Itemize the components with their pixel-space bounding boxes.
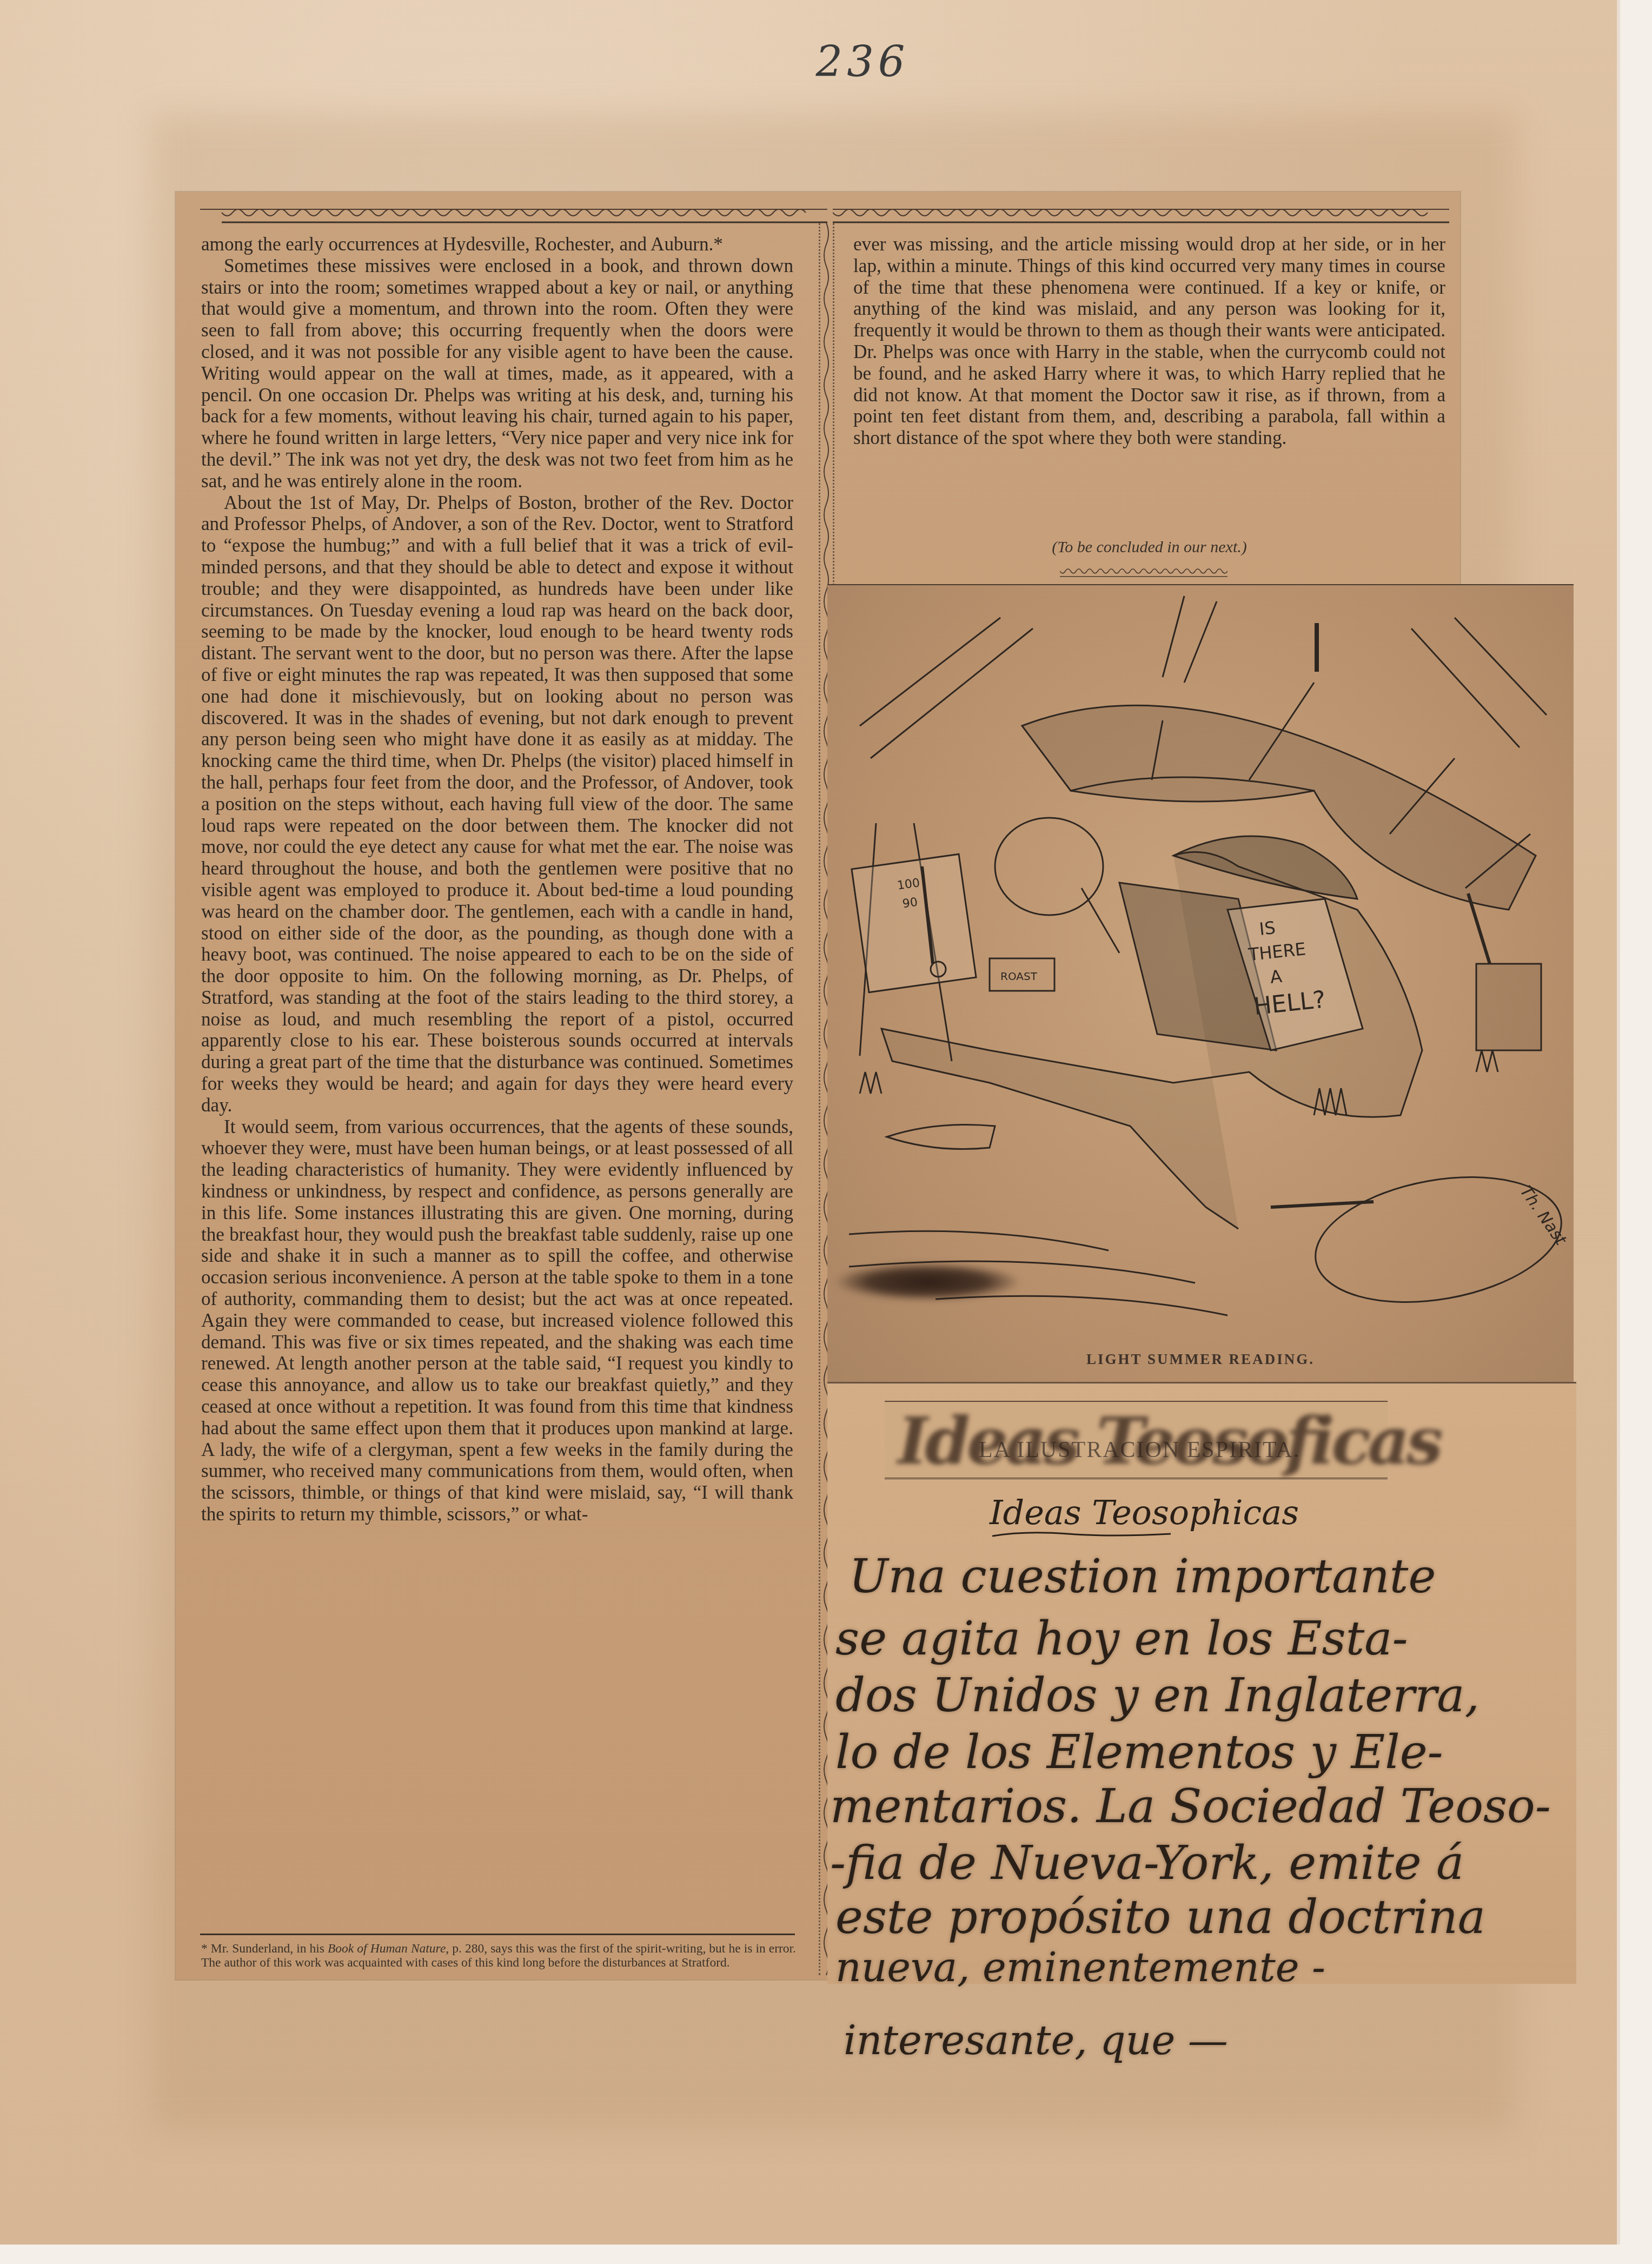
ink-blot xyxy=(835,1263,1019,1301)
manuscript-line: este propósito una doctrina xyxy=(835,1890,1485,1944)
manuscript-line: nueva, eminentemente - xyxy=(835,1944,1325,1991)
manuscript-subtitle: Ideas Teosophicas xyxy=(990,1493,1299,1532)
paragraph: It would seem, from various occurrences,… xyxy=(201,1116,793,1525)
book-cover-line-1: IS xyxy=(1258,917,1277,939)
illustration-caption: LIGHT SUMMER READING. xyxy=(827,1351,1574,1368)
manuscript-line: lo de los Elementos y Ele- xyxy=(835,1725,1443,1779)
continued-note: (To be concluded in our next.) xyxy=(853,538,1445,557)
article-column-left: among the early occurrences at Hydesvill… xyxy=(201,234,793,1525)
thermometer-label-90: 90 xyxy=(901,896,918,911)
footnote-prefix: * Mr. Sunderland, in his xyxy=(201,1942,328,1956)
footnote: * Mr. Sunderland, in his Book of Human N… xyxy=(201,1942,796,1970)
manuscript-line: interesante, que — xyxy=(844,2017,1228,2064)
subtitle-underline xyxy=(992,1531,1171,1538)
manuscript-line: mentarios. La Sociedad Teoso- xyxy=(830,1779,1551,1833)
paragraph: ever was missing, and the article missin… xyxy=(853,234,1445,449)
manuscript-line: se agita hoy en los Esta- xyxy=(835,1612,1408,1666)
ornamental-rule xyxy=(1060,568,1228,580)
article-column-right: ever was missing, and the article missin… xyxy=(853,234,1445,449)
footnote-rule xyxy=(200,1934,795,1935)
masthead-overwrite: Ideas Teosoficas xyxy=(898,1401,1319,1482)
artist-signature: Th. Nast xyxy=(1516,1183,1570,1249)
book-cover-line-3: A xyxy=(1269,966,1283,988)
manuscript-line: -fia de Nueva-York, emite á xyxy=(830,1836,1464,1890)
manuscript-line: dos Unidos y en Inglaterra, xyxy=(835,1669,1479,1723)
roast-sign: ROAST xyxy=(1000,970,1038,983)
paragraph: among the early occurrences at Hydesvill… xyxy=(201,234,793,255)
top-ornamental-rule-left xyxy=(200,208,827,226)
paragraph: About the 1st of May, Dr. Phelps of Bost… xyxy=(201,492,793,1116)
page-number: 236 xyxy=(808,38,917,87)
manuscript-line: Una cuestion importante xyxy=(849,1550,1436,1604)
paragraph: Sometimes these missives were enclosed i… xyxy=(201,255,793,492)
footnote-book-title: Book of Human Nature xyxy=(328,1942,446,1956)
top-ornamental-rule-right xyxy=(833,208,1449,226)
